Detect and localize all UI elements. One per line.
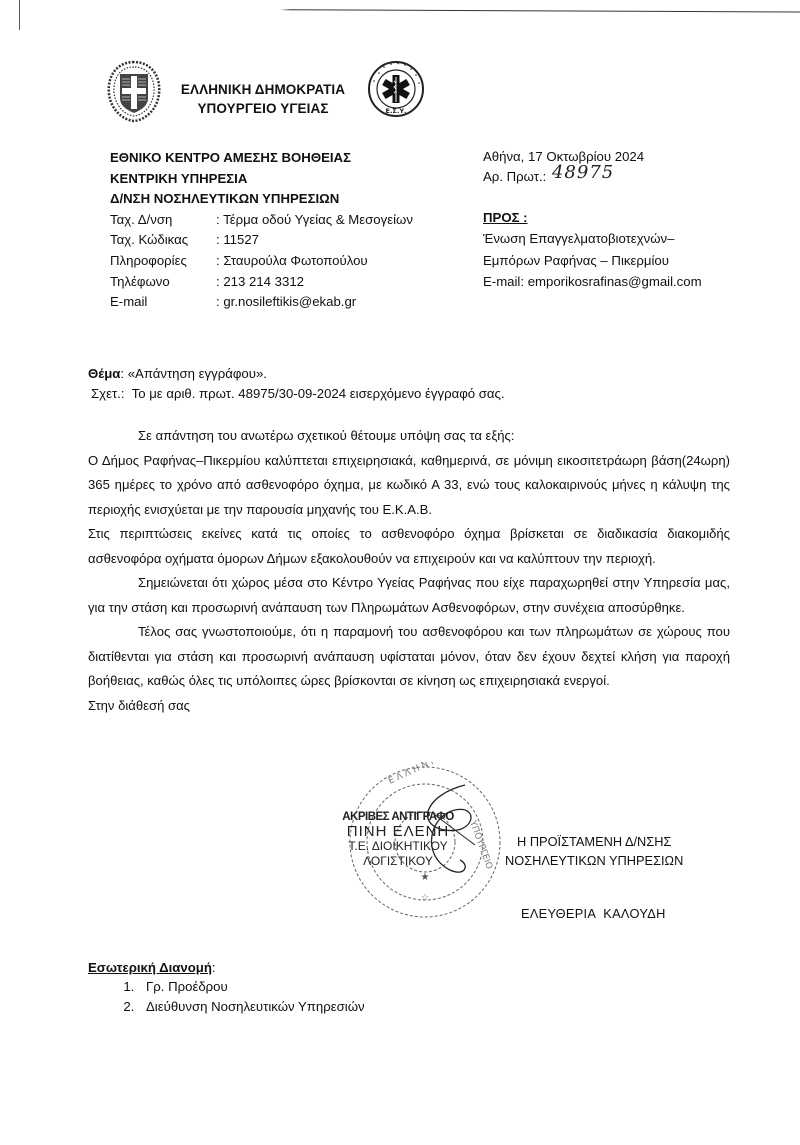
signatory-title-line: Η ΠΡΟΪΣΤΑΜΕΝΗ Δ/ΝΣΗΣ [505, 832, 683, 851]
distribution-list: Γρ. Προέδρου Διεύθυνση Νοσηλευτικών Υπηρ… [88, 977, 365, 1016]
field-label: Ταχ. Κώδικας [110, 230, 216, 251]
sender-org-line: ΚΕΝΤΡΙΚΗ ΥΠΗΡΕΣΙΑ [110, 169, 413, 190]
distribution-title-suffix: : [212, 960, 216, 975]
header-title: ΕΛΛΗΝΙΚΗ ΔΗΜΟΚΡΑΤΙΑ ΥΠΟΥΡΓΕΙΟ ΥΓΕΙΑΣ [178, 80, 348, 118]
scan-edge-mark [19, 0, 20, 30]
subject-text: : «Απάντηση εγγράφου». [120, 366, 267, 381]
reference-line: Σχετ.: Το με αριθ. πρωτ. 48975/30-09-202… [88, 384, 505, 404]
greek-coat-of-arms-icon [103, 58, 165, 124]
field-label: E-mail [110, 292, 216, 313]
recipient-line: Εμπόρων Ραφήνας – Πικερμίου [483, 250, 702, 272]
sender-field-email: E-mail : gr.nosileftikis@ekab.gr [110, 292, 413, 313]
reference-label: Σχετ.: [91, 386, 125, 401]
internal-distribution: Εσωτερική Διανομή: Γρ. Προέδρου Διεύθυνσ… [88, 958, 365, 1016]
reference-text: Το με αριθ. πρωτ. 48975/30-09-2024 εισερ… [125, 386, 505, 401]
field-value: : Σταυρούλα Φωτοπούλου [216, 251, 368, 272]
distribution-item: Γρ. Προέδρου [138, 977, 365, 997]
scan-edge-line [0, 8, 800, 12]
sender-org-line: ΕΘΝΙΚΟ ΚΕΝΤΡΟ ΑΜΕΣΗΣ ΒΟΗΘΕΙΑΣ [110, 148, 413, 169]
protocol-line: Αρ. Πρωτ.: 48975 [483, 167, 702, 187]
body-paragraph-3: Σημειώνεται ότι χώρος μέσα στο Κέντρο Υγ… [88, 571, 730, 620]
body-paragraph-1: Ο Δήμος Ραφήνας–Πικερμίου καλύπτεται επι… [88, 449, 730, 523]
subject-block: Θέμα: «Απάντηση εγγράφου». Σχετ.: Το με … [88, 364, 505, 404]
field-value: : 213 214 3312 [216, 272, 304, 293]
sender-field-phone: Τηλέφωνο : 213 214 3312 [110, 272, 413, 293]
sender-field-address: Ταχ. Δ/νση : Τέρμα οδού Υγείας & Μεσογεί… [110, 210, 413, 231]
protocol-number-handwritten: 48975 [552, 162, 614, 183]
distribution-title: Εσωτερική Διανομή [88, 960, 212, 975]
stamp-line: ΛΟΓΙΣΤΙΚΟΥ [318, 854, 478, 869]
field-label: Τηλέφωνο [110, 272, 216, 293]
field-value: : Τέρμα οδού Υγείας & Μεσογείων [216, 210, 413, 231]
field-label: Ταχ. Δ/νση [110, 210, 216, 231]
distribution-item: Διεύθυνση Νοσηλευτικών Υπηρεσιών [138, 997, 365, 1017]
copy-stamp-text: ΑΚΡΙΒΕΣ ΑΝΤΙΓΡΑΦΟ ΠΙΝΗ ΕΛΕΝΗ Τ.Ε. ΔΙΟΙΚΗ… [318, 810, 478, 868]
recipient: Ένωση Επαγγελματοβιοτεχνών– Εμπόρων Ραφή… [483, 228, 702, 293]
recipient-label: ΠΡΟΣ : [483, 208, 702, 228]
stamp-line: ΠΙΝΗ ΕΛΕΝΗ [318, 825, 478, 840]
sender-field-postcode: Ταχ. Κώδικας : 11527 [110, 230, 413, 251]
ekab-star-of-life-icon: Ε.Σ.Υ. [367, 56, 425, 126]
subject-line: Θέμα: «Απάντηση εγγράφου». [88, 364, 505, 384]
body-paragraph-4: Τέλος σας γνωστοποιούμε, ότι η παραμονή … [88, 620, 730, 694]
svg-text:Ε.Σ.Υ.: Ε.Σ.Υ. [386, 107, 407, 115]
signatory-name: ΕΛΕΥΘΕΡΙΑ ΚΑΛΟΥΔΗ [521, 906, 666, 921]
ministry-name: ΥΠΟΥΡΓΕΙΟ ΥΓΕΙΑΣ [178, 99, 348, 118]
field-label: Πληροφορίες [110, 251, 216, 272]
body-paragraph-2: Στις περιπτώσεις εκείνες κατά τις οποίες… [88, 522, 730, 571]
protocol-label: Αρ. Πρωτ.: [483, 169, 546, 184]
stamp-line: Τ.Ε. ΔΙΟΙΚΗΤΙΚΟΥ [318, 839, 478, 854]
sender-block: ΕΘΝΙΚΟ ΚΕΝΤΡΟ ΑΜΕΣΗΣ ΒΟΗΘΕΙΑΣ ΚΕΝΤΡΙΚΗ Υ… [110, 148, 413, 313]
subject-label: Θέμα [88, 366, 120, 381]
distribution-heading: Εσωτερική Διανομή: [88, 958, 365, 977]
letter-body: Σε απάντηση του ανωτέρω σχετικού θέτουμε… [88, 424, 730, 718]
field-value: : 11527 [216, 230, 259, 251]
body-intro: Σε απάντηση του ανωτέρω σχετικού θέτουμε… [88, 424, 730, 449]
sender-field-info: Πληροφορίες : Σταυρούλα Φωτοπούλου [110, 251, 413, 272]
country-name: ΕΛΛΗΝΙΚΗ ΔΗΜΟΚΡΑΤΙΑ [178, 80, 348, 99]
recipient-line: Ένωση Επαγγελματοβιοτεχνών– [483, 228, 702, 250]
recipient-email: E-mail: emporikosrafinas@gmail.com [483, 271, 702, 293]
closing: Στην διάθεσή σας [88, 694, 730, 719]
field-value: : gr.nosileftikis@ekab.gr [216, 292, 356, 313]
sender-org-line: Δ/ΝΣΗ ΝΟΣΗΛΕΥΤΙΚΩΝ ΥΠΗΡΕΣΙΩΝ [110, 189, 413, 210]
meta-recipient-block: Αθήνα, 17 Οκτωβρίου 2024 Αρ. Πρωτ.: 4897… [483, 148, 702, 293]
signatory-title-line: ΝΟΣΗΛΕΥΤΙΚΩΝ ΥΠΗΡΕΣΙΩΝ [505, 851, 683, 870]
signatory-title: Η ΠΡΟΪΣΤΑΜΕΝΗ Δ/ΝΣΗΣ ΝΟΣΗΛΕΥΤΙΚΩΝ ΥΠΗΡΕΣ… [505, 832, 683, 870]
